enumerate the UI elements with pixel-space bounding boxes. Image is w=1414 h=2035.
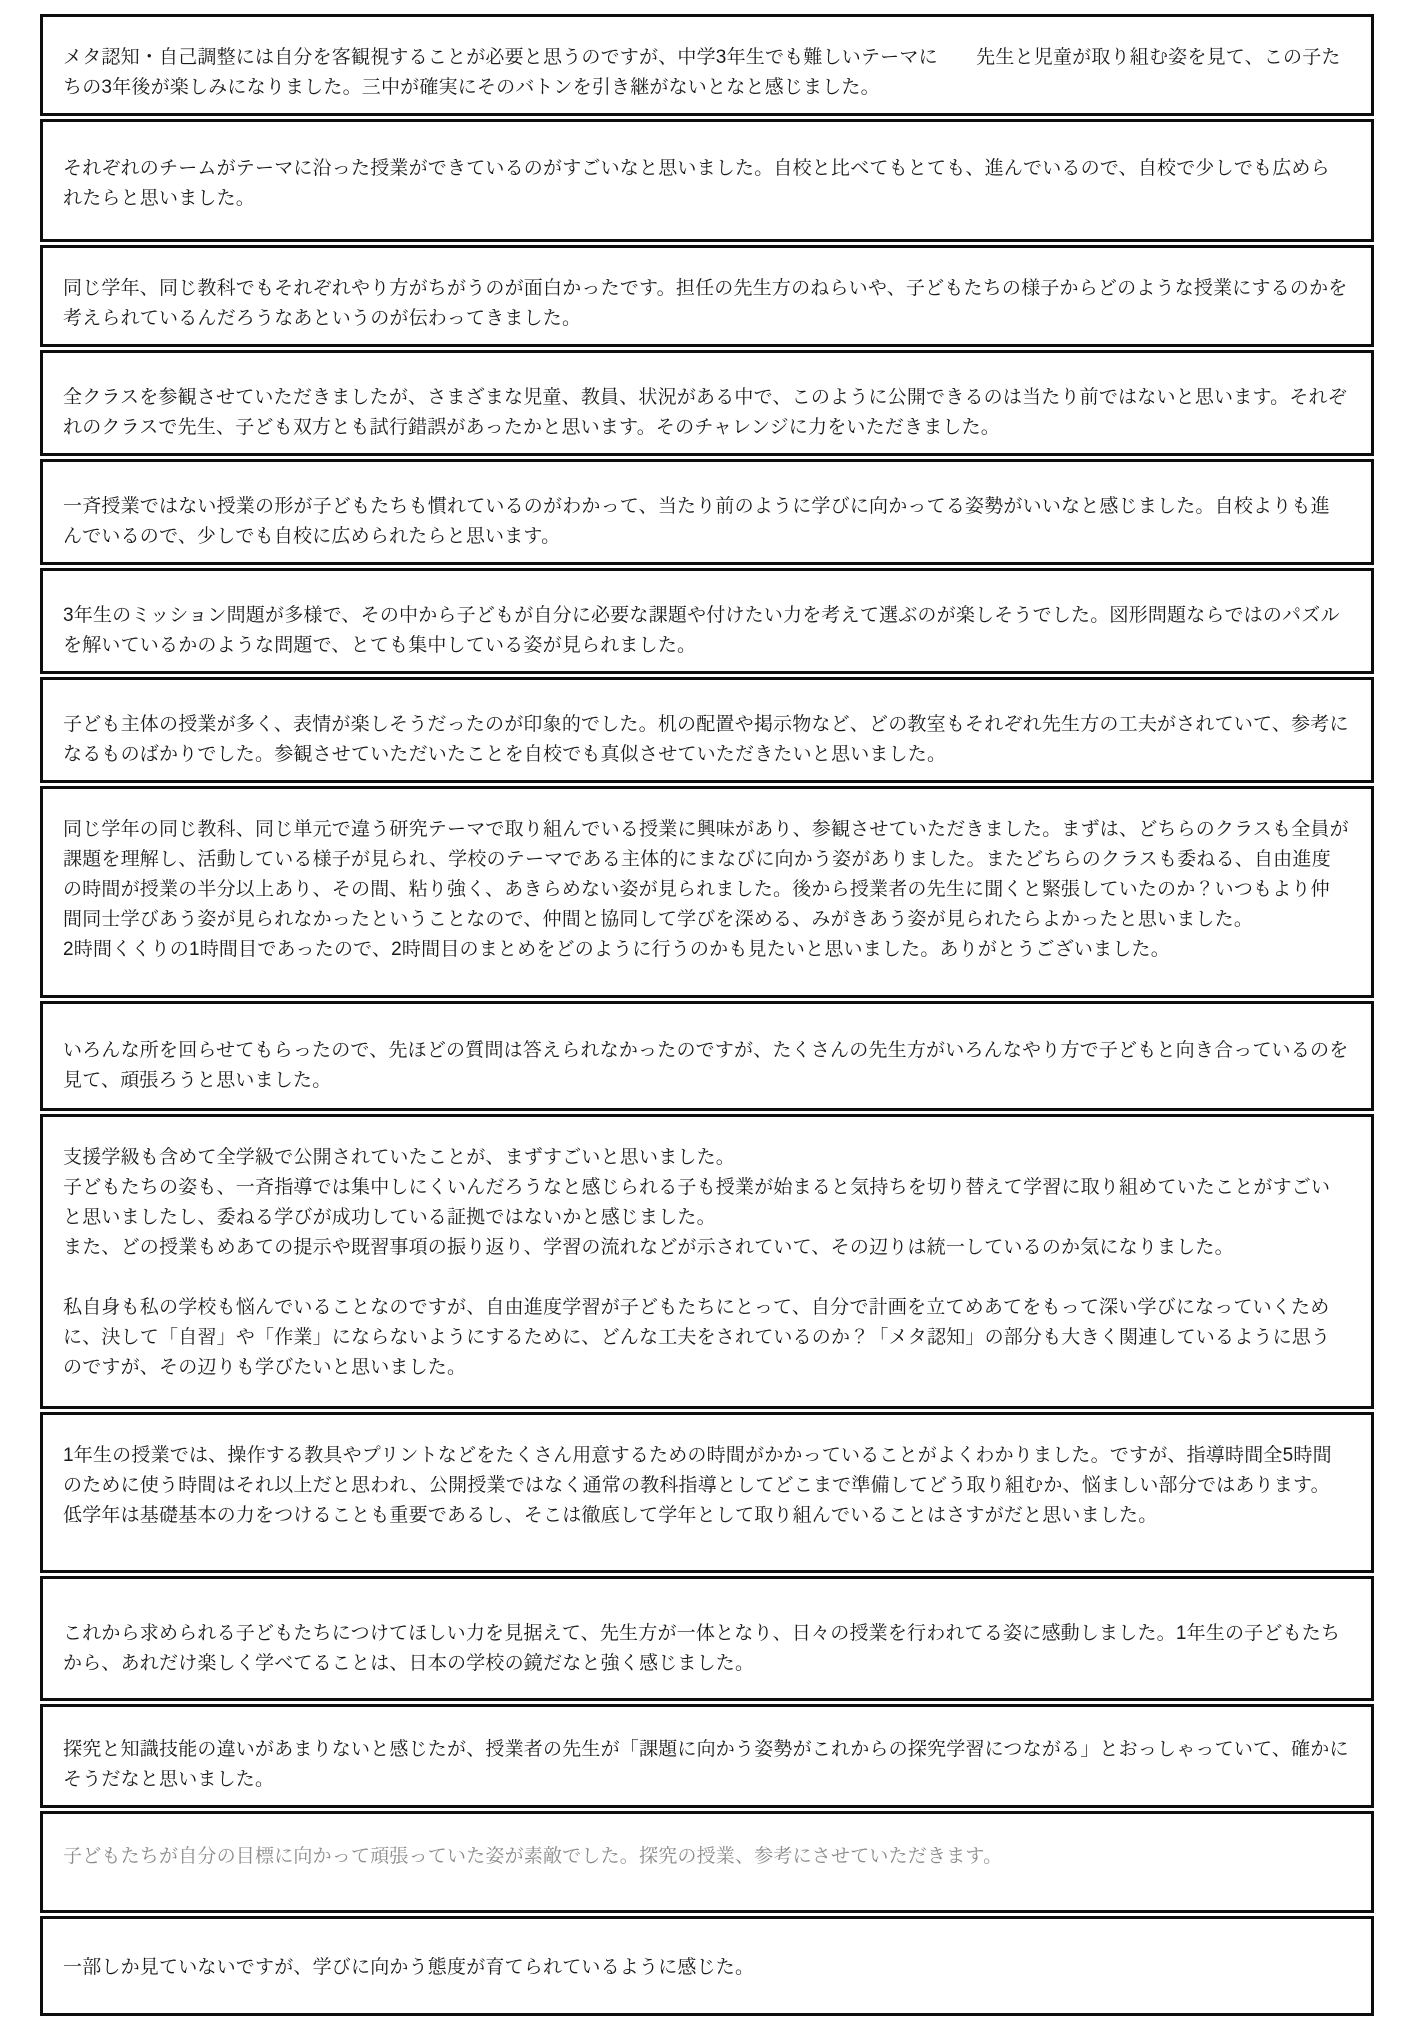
comment-cell: それぞれのチームがテーマに沿った授業ができているのがすごいなと思いました。自校と… [40,119,1374,242]
comment-cell: メタ認知・自己調整には自分を客観視することが必要と思うのですが、中学3年生でも難… [40,14,1374,116]
comment-cell: 1年生の授業では、操作する教具やプリントなどをたくさん用意するための時間がかかっ… [40,1412,1374,1573]
comment-cell: 全クラスを参観させていただきましたが、さまざまな児童、教員、状況がある中で、この… [40,350,1374,456]
comment-text: 3年生のミッション問題が多様で、その中から子どもが自分に必要な課題や付けたい力を… [63,605,1340,656]
comment-text: 支援学級も含めて全学級で公開されていたことが、まずすごいと思いました。 子どもた… [63,1147,1330,1378]
comment-cell: 子ども主体の授業が多く、表情が楽しそうだったのが印象的でした。机の配置や掲示物な… [40,677,1374,783]
comment-cell: 支援学級も含めて全学級で公開されていたことが、まずすごいと思いました。 子どもた… [40,1114,1374,1409]
comment-text: 一部しか見ていないですが、学びに向かう態度が育てられているように感じた。 [63,1957,754,1978]
comment-text: 同じ学年、同じ教科でもそれぞれやり方がちがうのが面白かったです。担任の先生方のね… [63,278,1348,329]
comment-text: 同じ学年の同じ教科、同じ単元で違う研究テーマで取り組んでいる授業に興味があり、参… [63,819,1349,960]
comment-cell: いろんな所を回らせてもらったので、先ほどの質問は答えられなかったのですが、たくさ… [40,1001,1374,1111]
comment-text: 子どもたちが自分の目標に向かって頑張っていた姿が素敵でした。探究の授業、参考にさ… [63,1846,1002,1867]
comment-cell: 探究と知識技能の違いがあまりないと感じたが、授業者の先生が「課題に向かう姿勢がこ… [40,1704,1374,1808]
comment-cell: 3年生のミッション問題が多様で、その中から子どもが自分に必要な課題や付けたい力を… [40,568,1374,674]
comment-text: これから求められる子どもたちにつけてほしい力を見据えて、先生方が一体となり、日々… [63,1623,1340,1674]
comment-cell-muted: 子どもたちが自分の目標に向かって頑張っていた姿が素敵でした。探究の授業、参考にさ… [40,1811,1374,1913]
comment-text: それぞれのチームがテーマに沿った授業ができているのがすごいなと思いました。自校と… [63,158,1330,209]
comment-text: 探究と知識技能の違いがあまりないと感じたが、授業者の先生が「課題に向かう姿勢がこ… [63,1739,1349,1790]
comment-cell: 同じ学年の同じ教科、同じ単元で違う研究テーマで取り組んでいる授業に興味があり、参… [40,786,1374,998]
comment-cell: 同じ学年、同じ教科でもそれぞれやり方がちがうのが面白かったです。担任の先生方のね… [40,245,1374,347]
feedback-comments-page: メタ認知・自己調整には自分を客観視することが必要と思うのですが、中学3年生でも難… [0,0,1414,2035]
comment-text: 1年生の授業では、操作する教具やプリントなどをたくさん用意するための時間がかかっ… [63,1445,1332,1526]
comment-text: 子ども主体の授業が多く、表情が楽しそうだったのが印象的でした。机の配置や掲示物な… [63,714,1349,765]
comment-text: いろんな所を回らせてもらったので、先ほどの質問は答えられなかったのですが、たくさ… [63,1040,1348,1091]
comment-cell: 一部しか見ていないですが、学びに向かう態度が育てられているように感じた。 [40,1916,1374,2016]
comment-cell: 一斉授業ではない授業の形が子どもたちも慣れているのがわかって、当たり前のように学… [40,459,1374,565]
comment-text: 一斉授業ではない授業の形が子どもたちも慣れているのがわかって、当たり前のように学… [63,496,1330,547]
comment-cell: これから求められる子どもたちにつけてほしい力を見据えて、先生方が一体となり、日々… [40,1576,1374,1701]
comment-text: 全クラスを参観させていただきましたが、さまざまな児童、教員、状況がある中で、この… [63,387,1347,438]
comment-text: メタ認知・自己調整には自分を客観視することが必要と思うのですが、中学3年生でも難… [63,47,1341,98]
